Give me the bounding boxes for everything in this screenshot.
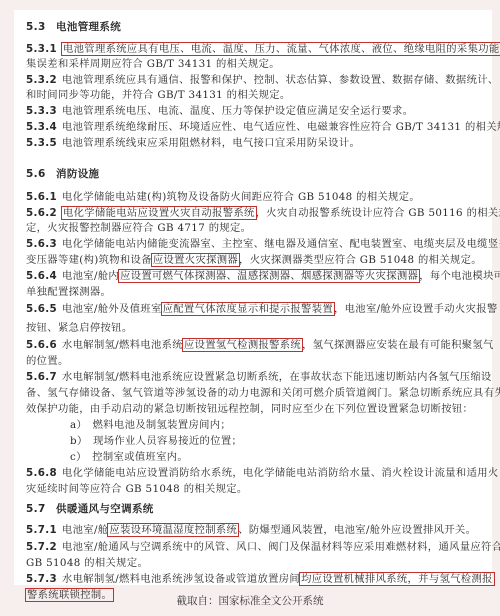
highlight-box: 应设置氢气检测报警系统 xyxy=(183,339,302,351)
clause-5-3-3: 5.3.3电池管理系统电压、电流、温度、压力等保护设定值应满足安全运行要求。 xyxy=(26,104,413,118)
highlight-box: 应配置气体浓度显示和提示报警装置 xyxy=(162,303,334,315)
clause-5-6-5: 5.6.5电池室/舱外及值班室应配置气体浓度显示和提示报警装置，电池室/舱外应设… xyxy=(26,302,498,316)
clause-5-6-1: 5.6.1电化学储能电站建(构)筑物及设备防火间距应符合 GB 51048 的相… xyxy=(26,190,420,204)
clause-5-6-4-cont: 单独配置探测器。 xyxy=(26,285,111,299)
list-item: a） 燃料电池及制氢装置房间内； xyxy=(26,418,231,432)
clause-5-3-2-cont: 和时间同步等功能，并符合 GB/T 34131 的相关规定。 xyxy=(26,88,291,102)
list-item: b） 现场作业人员容易接近的位置； xyxy=(26,434,242,448)
highlight-box: 电池管理系统应具有电压、电流、温度、压力、流量、气体浓度、液位、绝缘电阻的采集功… xyxy=(62,43,500,55)
clause-5-6-7-cont: 备、氢气存储设备、氢气管道等涉氢设备的动力电源和关闭可燃介质管道阀门。紧急切断系… xyxy=(26,386,500,400)
clause-5-3-1-cont: 集误差和采样周期应符合 GB/T 34131 的相关规定。 xyxy=(26,57,280,71)
clause-5-3-2: 5.3.2电池管理系统应具有通信、报警和保护、控制、状态估算、参数设置、数据存储… xyxy=(26,73,500,87)
clause-5-6-3-cont: 变压器等建(构)筑物和设备应设置火灾探测器，火灾探测器类型应符合 GB 5104… xyxy=(26,253,482,267)
clause-5-6-2: 5.6.2电化学储能电站应设置火灾自动报警系统，火灾自动报警系统设计应符合 GB… xyxy=(26,206,500,220)
highlight-box: 电化学储能电站应设置火灾自动报警系统 xyxy=(62,207,256,219)
clause-5-7-2: 5.7.2电池室/舱通风与空调系统中的风管、风口、阀门及保温材料等应采用难燃材料… xyxy=(26,540,500,554)
list-item: c） 控制室或值班室内。 xyxy=(26,450,188,464)
clause-5-7-2-cont: GB 51048 的相关规定。 xyxy=(26,556,148,570)
highlight-box: 应设置可燃气体探测器、温感探测器、烟感探测器等火灾探测器 xyxy=(119,270,419,282)
clause-5-6-6: 5.6.6水电解制氢/燃料电池系统应设置氢气检测报警系统，氢气探测器应安装在最有… xyxy=(26,338,494,352)
source-caption: 截取自：国家标准全文公开系统 xyxy=(0,593,500,608)
clause-5-3-1: 5.3.1电池管理系统应具有电压、电流、温度、压力、流量、气体浓度、液位、绝缘电… xyxy=(26,42,500,56)
clause-5-6-2-cont: 定，火灾报警控制器应符合 GB 4717 的规定。 xyxy=(26,221,251,235)
section-heading-5-3: 5.3电池管理系统 xyxy=(26,20,121,34)
section-heading-5-6: 5.6消防设施 xyxy=(26,167,99,181)
section-heading-5-7: 5.7供暖通风与空调系统 xyxy=(26,502,154,516)
clause-5-3-4: 5.3.4电池管理系统绝缘耐压、环境适应性、电气适应性、电磁兼容性应符合 GB/… xyxy=(26,120,500,134)
document-page: 5.3电池管理系统 5.3.1电池管理系统应具有电压、电流、温度、压力、流量、气… xyxy=(14,10,492,585)
clause-5-6-7: 5.6.7水电解制氢/燃料电池系统应设置紧急切断系统，在事故状态下能迅速切断站内… xyxy=(26,370,492,384)
clause-5-6-5-cont: 按钮、紧急启停按钮。 xyxy=(26,321,132,335)
clause-5-7-1: 5.7.1电池室/舱应装设环境温湿度控制系统、防爆型通风装置，电池室/舱外应设置… xyxy=(26,523,476,537)
highlight-box: 应设置火灾探测器 xyxy=(152,254,239,266)
highlight-box: 应装设环境温湿度控制系统 xyxy=(108,524,238,536)
clause-5-6-8: 5.6.8电化学储能电站应设置消防给水系统，电化学储能电站消防给水量、消火栓设计… xyxy=(26,466,499,480)
highlight-box: 均应设置机械排风系统，并与氢气检测报 xyxy=(300,573,494,585)
clause-5-6-6-cont: 的位置。 xyxy=(26,354,69,368)
clause-5-6-8-cont: 灾延续时间等应符合 GB 51048 的相关规定。 xyxy=(26,482,248,496)
clause-5-3-5: 5.3.5电池管理系统线束应采用阻燃材料，电气接口宜采用防呆设计。 xyxy=(26,136,360,150)
clause-5-6-3: 5.6.3电化学储能电站内储能变流器室、主控室、继电器及通信室、配电装置室、电缆… xyxy=(26,237,500,251)
clause-5-7-3: 5.7.3水电解制氢/燃料电池系统涉氢设备或管道放置房间均应设置机械排风系统，并… xyxy=(26,572,494,586)
clause-5-6-7-cont: 效保护功能，由手动启动的紧急切断按钮远程控制，同时应至少在下列位置设置紧急切断按… xyxy=(26,402,473,416)
clause-5-6-4: 5.6.4电池室/舱内应设置可燃气体探测器、温感探测器、烟感探测器等火灾探测器，… xyxy=(26,269,500,283)
